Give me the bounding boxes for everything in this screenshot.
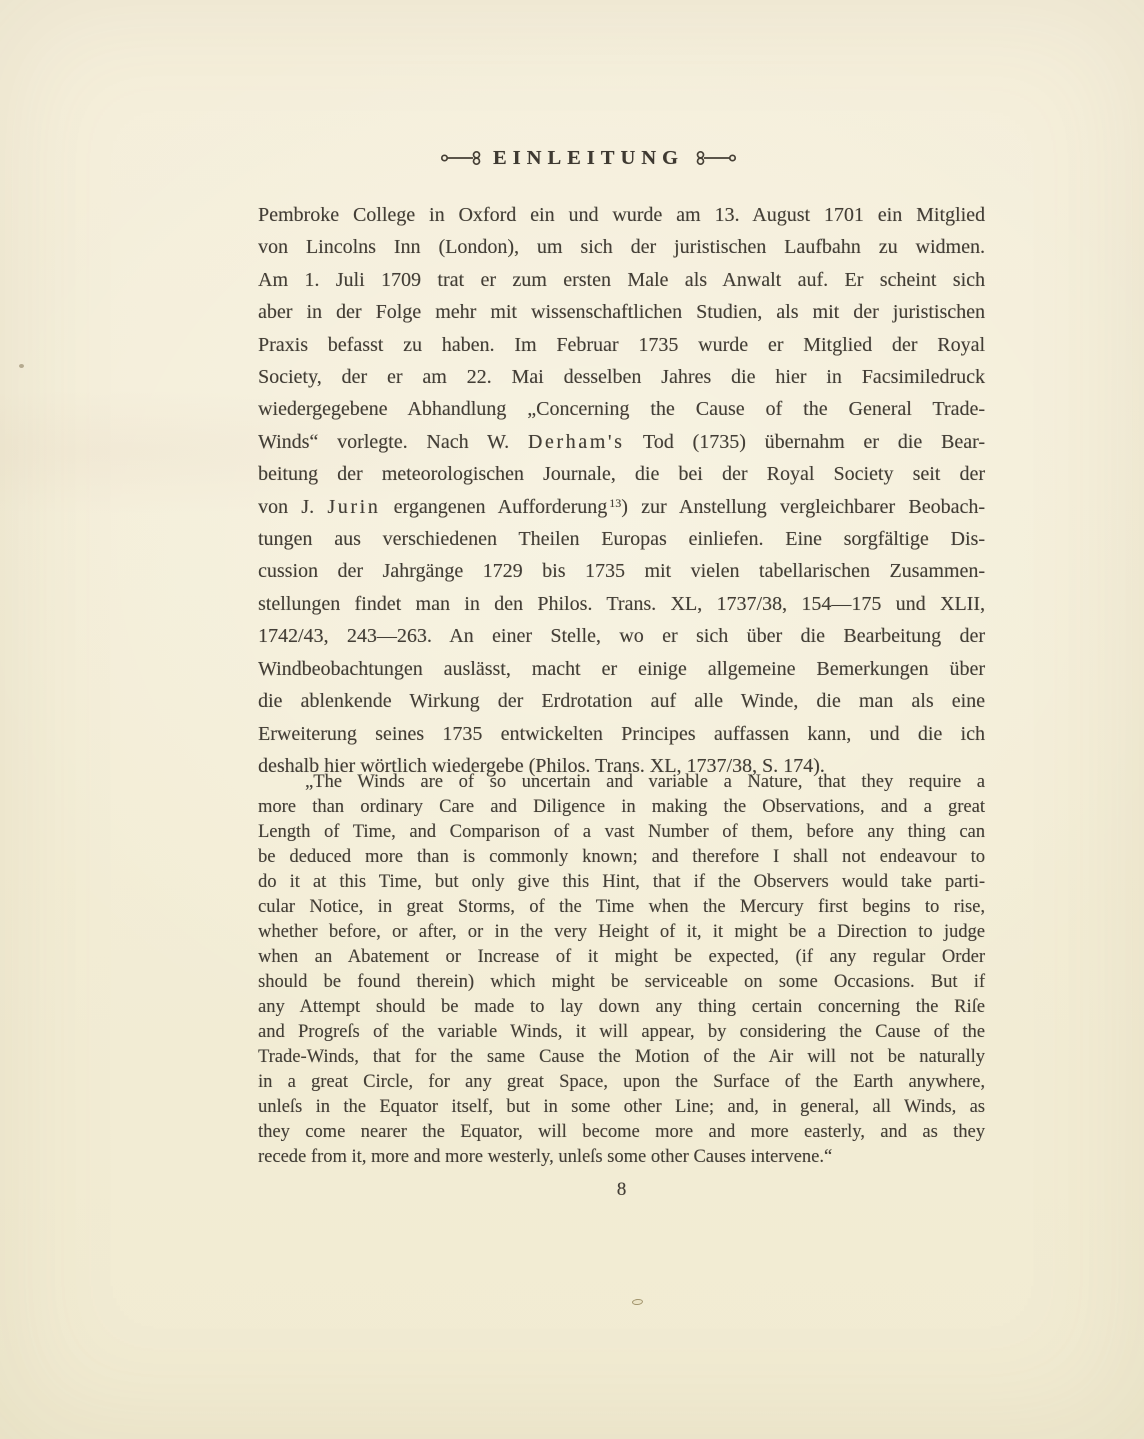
text-line: whether before, or after, or in the very… xyxy=(258,920,985,945)
text-line: Trade-Winds, that for the same Cause the… xyxy=(258,1045,985,1070)
letterspaced-name: Derham's xyxy=(528,431,625,453)
text-line: do it at this Time, but only give this H… xyxy=(258,870,985,895)
letterspaced-name: Jurin xyxy=(327,496,380,518)
english-quote-paragraph: „The Winds are of so uncertain and varia… xyxy=(258,770,985,1170)
text-line: more than ordinary Care and Diligence in… xyxy=(258,795,985,820)
text-line: Pembroke College in Oxford ein und wurde… xyxy=(258,199,985,231)
text-line: cussion der Jahrgänge 1729 bis 1735 mit … xyxy=(258,555,985,587)
text-line: Society, der er am 22. Mai desselben Jah… xyxy=(258,361,985,393)
text-line: tungen aus verschiedenen Theilen Europas… xyxy=(258,523,985,555)
text-line: „The Winds are of so uncertain and varia… xyxy=(258,770,985,795)
text-line: die ablenkende Wirkung der Erdrotation a… xyxy=(258,685,985,717)
text-line: Length of Time, and Comparison of a vast… xyxy=(258,820,985,845)
footnote-marker: 13 xyxy=(609,496,621,510)
text-line: Praxis befasst zu haben. Im Februar 1735… xyxy=(258,329,985,361)
text-line: Am 1. Juli 1709 trat er zum ersten Male … xyxy=(258,264,985,296)
page-number: 8 xyxy=(258,1179,985,1201)
ornament-right-icon xyxy=(693,150,737,166)
page-title: EINLEITUNG xyxy=(493,148,684,168)
text-line: and Progreſs of the variable Winds, it w… xyxy=(258,1020,985,1045)
line-segment: Tod (1735) übernahm er die Bear- xyxy=(625,431,986,453)
line-segment: Winds“ vorlegte. Nach W. xyxy=(258,431,528,453)
text-line: when an Abatement or Increase of it migh… xyxy=(258,945,985,970)
paper-speck xyxy=(19,364,24,368)
book-page: EINLEITUNG Pembroke College in Oxford ei… xyxy=(0,0,1144,1439)
text-line: in a great Circle, for any great Space, … xyxy=(258,1070,985,1095)
text-line: unleſs in the Equator itself, but in som… xyxy=(258,1095,985,1120)
text-line: Windbeobachtungen auslässt, macht er ein… xyxy=(258,653,985,685)
text-line: Erweiterung seines 1735 entwickelten Pri… xyxy=(258,718,985,750)
text-line: they come nearer the Equator, will becom… xyxy=(258,1120,985,1145)
text-line: be deduced more than is commonly known; … xyxy=(258,845,985,870)
text-line: beitung der meteorologischen Journale, d… xyxy=(258,458,985,490)
german-paragraph: Pembroke College in Oxford ein und wurde… xyxy=(258,199,985,782)
text-line: wiedergegebene Abhandlung „Concerning th… xyxy=(258,393,985,425)
line-segment: ) zur Anstellung vergleichbarer Beobach- xyxy=(621,496,985,518)
text-line: von Lincolns Inn (London), um sich der j… xyxy=(258,231,985,263)
paper-speck xyxy=(632,1298,644,1305)
text-line: aber in der Folge mehr mit wissenschaftl… xyxy=(258,296,985,328)
text-line: von J. Jurin ergangenen Aufforderung13) … xyxy=(258,491,985,523)
page-header: EINLEITUNG xyxy=(225,148,952,168)
text-line: 1742/43, 243—263. An einer Stelle, wo er… xyxy=(258,620,985,652)
ornament-left-icon xyxy=(440,150,484,166)
text-line: cular Notice, in great Storms, of the Ti… xyxy=(258,895,985,920)
text-line: should be found therein) which might be … xyxy=(258,970,985,995)
line-segment: von J. xyxy=(258,496,327,518)
text-line: Winds“ vorlegte. Nach W. Derham's Tod (1… xyxy=(258,426,985,458)
line-segment: ergangenen Aufforderung xyxy=(380,496,607,518)
text-line: recede from it, more and more westerly, … xyxy=(258,1145,985,1170)
text-line: stellungen findet man in den Philos. Tra… xyxy=(258,588,985,620)
text-line: any Attempt should be made to lay down a… xyxy=(258,995,985,1020)
